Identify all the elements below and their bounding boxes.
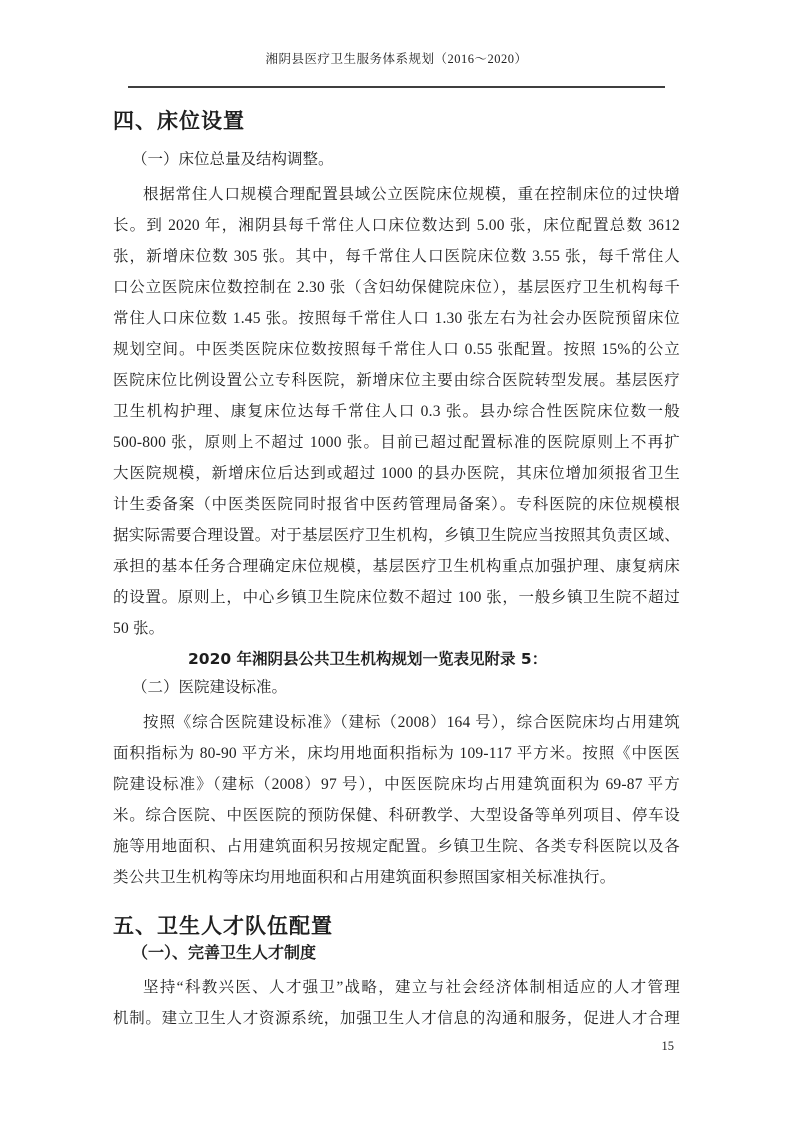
running-header: 湘阴县医疗卫生服务体系规划（2016～2020） — [128, 0, 665, 88]
text-line: 常住人口床位数 1.45 张。按照每千常住人口 1.30 张左右为社会办医院预留… — [113, 303, 680, 334]
text-line: 据实际需要合理设置。对于基层医疗卫生机构，乡镇卫生院应当按照其负责区域、 — [113, 520, 680, 551]
appendix-reference: 2020 年湘阴县公共卫生机构规划一览表见附录 5： — [113, 644, 680, 675]
paragraph: 坚持“科教兴医、人才强卫”战略，建立与社会经济体制相适应的人才管理机制。建立卫生… — [113, 966, 680, 1034]
text-line: 院建设标准》（建标（2008）97 号），中医医院床均占用建筑面积为 69-87… — [113, 769, 680, 800]
text-line: 坚持“科教兴医、人才强卫”战略，建立与社会经济体制相适应的人才管理 — [113, 972, 680, 1003]
text-line: 卫生机构护理、康复床位达每千常住人口 0.3 张。县办综合性医院床位数一般 — [113, 396, 680, 427]
sub-heading-bold: （一）、完善卫生人才制度 — [113, 940, 680, 966]
text-line: 口公立医院床位数控制在 2.30 张（含妇幼保健院床位），基层医疗卫生机构每千 — [113, 272, 680, 303]
paragraph: 按照《综合医院建设标准》（建标（2008）164 号），综合医院床均占用建筑面积… — [113, 701, 680, 893]
text-line: 50 张。 — [113, 613, 680, 644]
text-line: 类公共卫生机构等床均用地面积和占用建筑面积参照国家相关标准执行。 — [113, 862, 680, 893]
document-body: 四、床位设置（一）床位总量及结构调整。根据常住人口规模合理配置县域公立医院床位规… — [113, 108, 680, 1034]
sub-heading: （一）床位总量及结构调整。 — [113, 147, 680, 173]
text-line: 规划空间。中医类医院床位数按照每千常住人口 0.55 张配置。按照 15%的公立 — [113, 334, 680, 365]
text-line: 计生委备案（中医类医院同时报省中医药管理局备案）。专科医院的床位规模根 — [113, 489, 680, 520]
section-heading: 四、床位设置 — [113, 108, 680, 134]
text-line: 施等用地面积、占用建筑面积另按规定配置。乡镇卫生院、各类专科医院以及各 — [113, 831, 680, 862]
text-line: 按照《综合医院建设标准》（建标（2008）164 号），综合医院床均占用建筑 — [113, 707, 680, 738]
document-page: 湘阴县医疗卫生服务体系规划（2016～2020） 四、床位设置（一）床位总量及结… — [0, 0, 793, 1122]
text-line: 张，新增床位数 305 张。其中，每千常住人口医院床位数 3.55 张，每千常住… — [113, 241, 680, 272]
text-line: 长。到 2020 年，湘阴县每千常住人口床位数达到 5.00 张，床位配置总数 … — [113, 210, 680, 241]
sub-heading: （二）医院建设标准。 — [113, 675, 680, 701]
text-line: 医院床位比例设置公立专科医院，新增床位主要由综合医院转型发展。基层医疗 — [113, 365, 680, 396]
text-line: 机制。建立卫生人才资源系统，加强卫生人才信息的沟通和服务，促进人才合理 — [113, 1003, 680, 1034]
text-line: 面积指标为 80-90 平方米，床均用地面积指标为 109-117 平方米。按照… — [113, 738, 680, 769]
text-line: 500-800 张，原则上不超过 1000 张。目前已超过配置标准的医院原则上不… — [113, 427, 680, 458]
text-line: 根据常住人口规模合理配置县域公立医院床位规模，重在控制床位的过快增 — [113, 179, 680, 210]
page-number: 15 — [662, 1038, 675, 1054]
text-line: 承担的基本任务合理确定床位规模，基层医疗卫生机构重点加强护理、康复病床 — [113, 551, 680, 582]
section-heading: 五、卫生人才队伍配置 — [113, 913, 680, 939]
text-line: 的设置。原则上，中心乡镇卫生院床位数不超过 100 张，一般乡镇卫生院不超过 — [113, 582, 680, 613]
text-line: 米。综合医院、中医医院的预防保健、科研教学、大型设备等单列项目、停车设 — [113, 800, 680, 831]
text-line: 大医院规模，新增床位后达到或超过 1000 的县办医院，其床位增加须报省卫生 — [113, 458, 680, 489]
paragraph: 根据常住人口规模合理配置县域公立医院床位规模，重在控制床位的过快增长。到 202… — [113, 173, 680, 644]
